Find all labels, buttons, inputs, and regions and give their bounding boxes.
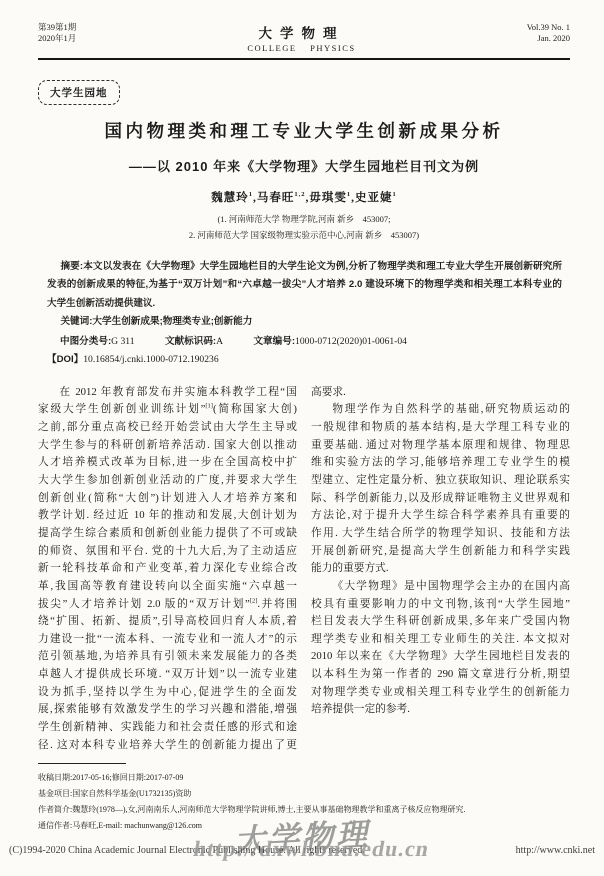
volume-info: Vol.39 No. 1 Jan. 2020: [527, 22, 570, 44]
body-line: 范引领基地,为培养具有引领未来发展能力的各类: [38, 648, 297, 666]
body-line: 开展创新研究,是提高大学生创新能力和科学实践: [311, 543, 570, 561]
body-line: 型建立、定性定量分析、独立获取知识、理论联系实: [311, 472, 570, 490]
body-line: 2010 年以来在《大学物理》大学生园地栏目发表的: [311, 648, 570, 666]
body-line: 际、科学创新能力,以及形成辩证唯物主义世界观和: [311, 490, 570, 508]
left-column: 在 2012 年教育部发布并实施本科教学工程“国家级大学生创新创业训练计划”[1…: [38, 384, 297, 755]
clc-value: G 311: [111, 336, 134, 347]
body-line: 学生创新精神、实践能力和社会责任感的形式和途: [38, 719, 297, 737]
body-line: 大大学生参加创新创业活动的广度,并要求大学生: [38, 472, 297, 490]
body-line: 之前,部分重点高校已经开始尝试由大学生主导或: [38, 419, 297, 437]
body-line: 理学类专业和相关理工专业师生的关注. 本文拟对: [311, 631, 570, 649]
body-line: 卓越人才提供成长环境. “双万计划”以一流专业建: [38, 666, 297, 684]
article-id-value: 1000-0712(2020)01-0061-04: [295, 336, 407, 347]
clc-label: 中图分类号:: [60, 336, 111, 347]
footnote-line: 基金项目:国家自然科学基金(U1732135)资助: [38, 786, 570, 802]
body-line: 能力的重要方式.: [311, 560, 570, 578]
footnote-divider: [38, 763, 126, 764]
body-line: 以本科生为第一作者的 290 篇文章进行分析,期望: [311, 666, 570, 684]
doi-value: 10.16854/j.cnki.1000-0712.190236: [83, 354, 218, 365]
body-line: 家级大学生创新创业训练计划”[1](简称国家大创): [38, 401, 297, 419]
body-line: 《大学物理》是中国物理学会主办的在国内高: [311, 578, 570, 596]
body-line: 培养提供一定的参考.: [311, 701, 570, 719]
article-id-label: 文章编号:: [253, 336, 295, 347]
body-line: 拔尖”人才培养计划 2.0 版的“双万计划”[2].并将围: [38, 596, 297, 614]
doi-label: 【DOI】: [47, 354, 83, 365]
body-line: 径. 这对本科专业培养大学生的创新能力提出了更: [38, 737, 297, 755]
classification-line: 中图分类号:G 311 文献标识码:A 文章编号:1000-0712(2020)…: [38, 333, 570, 351]
body-line: 重要基础. 通过对物理学基本原理和规律、物理思: [311, 437, 570, 455]
keywords-line: 关键词:大学生创新成果;物理类专业;创新能力: [38, 313, 570, 331]
volume-number: Vol.39 No. 1: [527, 22, 570, 33]
body-line: 绕“扩围、拓新、提质”,引导高校回归育人本质,着: [38, 613, 297, 631]
article-subtitle: ——以 2010 年来《大学物理》大学生园地栏目刊文为例: [38, 156, 570, 175]
issue-date-en: Jan. 2020: [527, 33, 570, 44]
body-line: 作用. 大学生结合所学的物理学知识、技能和方法: [311, 525, 570, 543]
doc-code-value: A: [216, 336, 223, 347]
body-line: 提高学生综合素质和创新创业能力提供了不可或缺: [38, 525, 297, 543]
journal-title-en: COLLEGE PHYSICS: [247, 43, 355, 53]
issue-number: 第39第1期: [38, 22, 76, 33]
body-line: 设为抓手,坚持以学生为中心,促进学生的全面发: [38, 684, 297, 702]
doi-line: 【DOI】10.16854/j.cnki.1000-0712.190236: [38, 351, 570, 369]
body-line: 教学计划. 经过近 10 年的推动和发展,大创计划为: [38, 507, 297, 525]
journal-title-zh: 大学物理: [247, 22, 355, 42]
body-line: 物理学作为自然科学的基础,研究物质运动的: [311, 401, 570, 419]
article-title: 国内物理类和理工专业大学生创新成果分析: [38, 118, 570, 143]
body-line: 维和实验方法的学习,能够培养理工专业学生的模: [311, 454, 570, 472]
body-line: 对物理学类专业或相关理工科专业学生的创新能力: [311, 684, 570, 702]
right-column: 高要求.物理学作为自然科学的基础,研究物质运动的一般规律和物质的基本结构,是大学…: [311, 384, 570, 755]
body-line: 一般规律和物质的基本结构,是大学理工科专业的: [311, 419, 570, 437]
abstract-line: 发表的创新成果的特征,为基于“双万计划”和“六卓越一拔尖”人才培养 2.0 建设…: [47, 276, 562, 294]
footnote-line: 收稿日期:2017-05-16;修回日期:2017-07-09: [38, 770, 570, 786]
body-line: 展,探索能够有效激发学生的学习兴趣和潜能,增强: [38, 701, 297, 719]
page-content: 第39第1期 2020年1月 大学物理 COLLEGE PHYSICS Vol.…: [0, 0, 604, 834]
body-line: 创新创业(简称“大创”)计划进入人才培养方案和: [38, 490, 297, 508]
affiliations: (1. 河南师范大学 物理学院,河南 新乡 453007; 2. 河南师范大学 …: [38, 212, 570, 243]
body-line: 大学生参与的科研创新培养活动. 国家大创以推动: [38, 437, 297, 455]
journal-title-block: 大学物理 COLLEGE PHYSICS: [247, 22, 355, 53]
doc-code-label: 文献标识码:: [165, 336, 216, 347]
body-line: 人才培养模式改革为目标,进一步在全国高校中扩: [38, 454, 297, 472]
abstract-line: 摘要:本文以发表在《大学物理》大学生园地栏目的大学生论文为例,分析了物理学类和理…: [47, 258, 562, 276]
body-line: 在 2012 年教育部发布并实施本科教学工程“国: [38, 384, 297, 402]
body-columns: 在 2012 年教育部发布并实施本科教学工程“国家级大学生创新创业训练计划”[1…: [38, 384, 570, 755]
journal-watermark-url: http://dxwl.bnu.edu.cn: [191, 836, 431, 862]
issue-info: 第39第1期 2020年1月: [38, 22, 76, 44]
article-id-segment: 文章编号:1000-0712(2020)01-0061-04: [253, 336, 407, 347]
affiliation-line-1: (1. 河南师范大学 物理学院,河南 新乡 453007;: [38, 212, 570, 228]
body-line: 方法论,对于提升大学生综合科学素养具有重要的: [311, 507, 570, 525]
section-badge: 大学生园地: [38, 80, 120, 105]
doc-code-segment: 文献标识码:A: [165, 336, 223, 347]
body-line: 的师资、氛围和平台. 党的十九大后,为了主动适应: [38, 543, 297, 561]
body-line: 革,我国高等教育建设转向以全面实施“六卓越一: [38, 578, 297, 596]
clc-segment: 中图分类号:G 311: [60, 336, 135, 347]
journal-header: 第39第1期 2020年1月 大学物理 COLLEGE PHYSICS Vol.…: [38, 22, 570, 53]
abstract-line: 大学生创新活动提供建议.: [47, 295, 562, 313]
authors-line: 魏慧玲1,马春旺1,2,毋琪雯1,史亚婕1: [38, 189, 570, 205]
journal-page: 第39第1期 2020年1月 大学物理 COLLEGE PHYSICS Vol.…: [0, 0, 604, 876]
issue-date-zh: 2020年1月: [38, 33, 76, 44]
abstract: 摘要:本文以发表在《大学物理》大学生园地栏目的大学生论文为例,分析了物理学类和理…: [38, 258, 570, 313]
body-line: 栏目发表大学生科研创新成果,多年来广受国内物: [311, 613, 570, 631]
body-line: 力建设一批“一流本科、一流专业和一流人才”的示: [38, 631, 297, 649]
body-line: 高要求.: [311, 384, 570, 402]
affiliation-line-2: 2. 河南师范大学 国家级物理实验示范中心,河南 新乡 453007): [38, 228, 570, 244]
body-line: 校具有重要影响力的中文刊物,该刊“大学生园地”: [311, 596, 570, 614]
copyright-url: http://www.cnki.net: [516, 845, 595, 856]
body-line: 新一轮科技革命和产业变革,着力深化专业综合改: [38, 560, 297, 578]
